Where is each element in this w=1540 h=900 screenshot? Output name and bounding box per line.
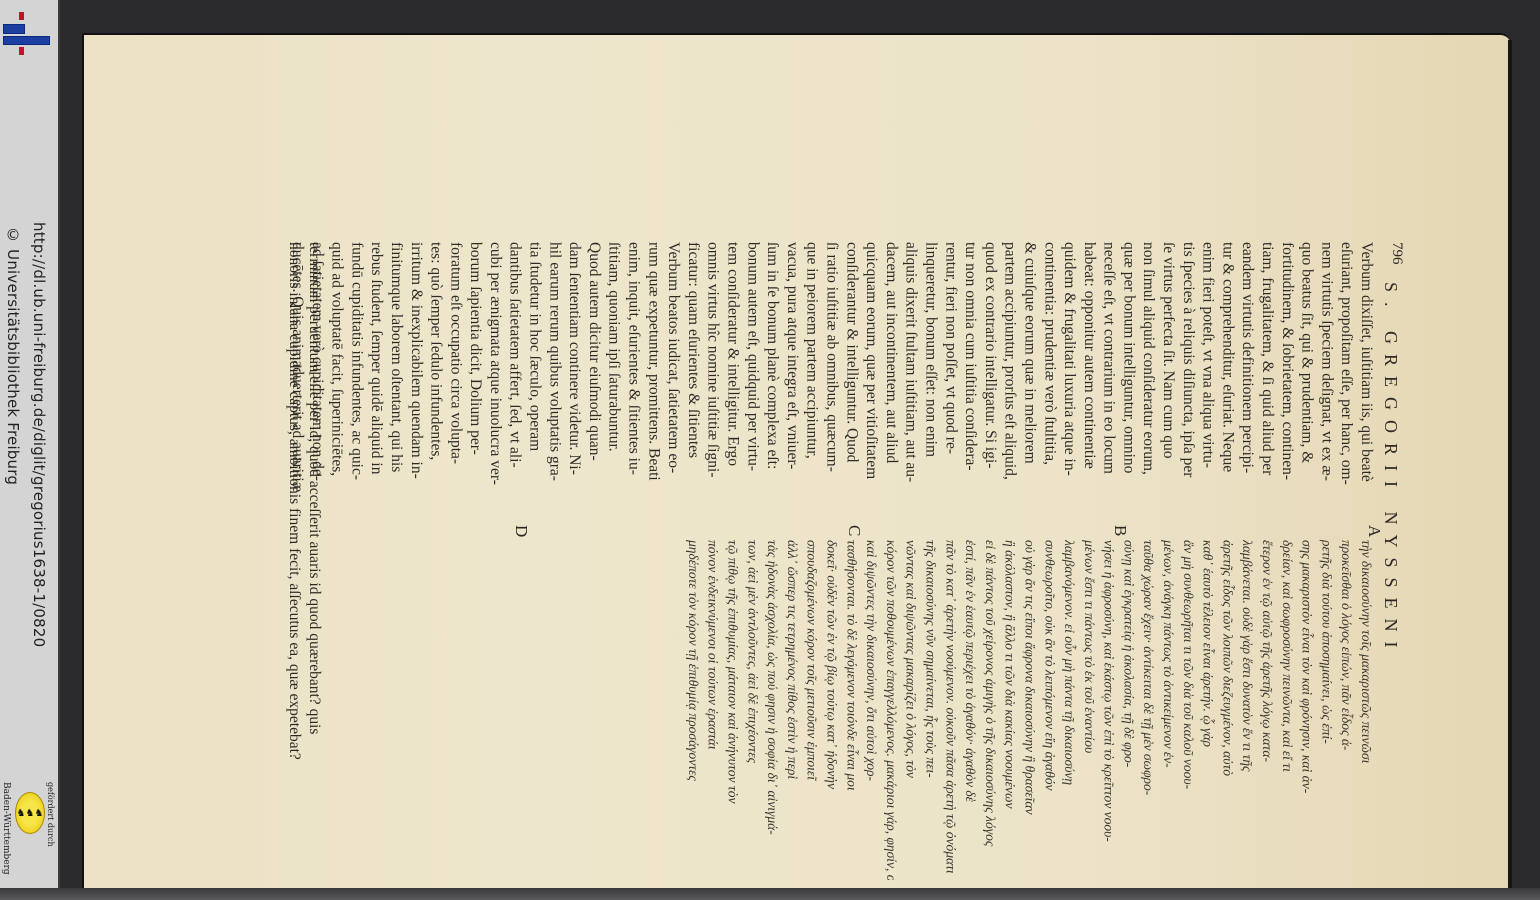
logo-red-mark-top [19,12,24,20]
latin-line: ficatur: quam eſurientes & ſitientes [683,242,703,532]
latin-column: Verbum dixiſſet, iuſtitiam iis, qui beat… [287,242,1376,532]
funder-badge: gefördert durch ♞♞♞ Baden-Württemberg [0,780,60,900]
viewer-sidebar: http://dl.ub.uni-freiburg.de/diglit/greg… [0,0,60,900]
greek-line: τῷ πίθῳ τῆς ἐπιθυμίας, μάταιον καὶ ἀνήνυ… [723,540,743,880]
greek-line: μηδέποτε τὸν κόρον τῇ ἐπιθυμίᾳ προσάγοντ… [683,540,703,880]
margin-letter-b: B [1110,525,1130,536]
latin-line: vacua, pura atque integra eſt, vniuer- [782,242,802,532]
greek-line: σύνῃ καὶ ἐγκρατείᾳ ἡ ἀκολασία, τῇ δὲ φρο… [1119,540,1139,880]
latin-line: quæ per bonum intelliguntur, omnino [1119,242,1139,532]
latin-line: linqueretur, bonum eſſet: non enim [921,242,941,532]
greek-line: ἕτερον ἐν τῷ αὐτῷ τῆς ἀρετῆς λόγῳ κατα- [1257,540,1277,880]
latin-line: dam ſententiam continere videtur. Ni- [564,242,584,532]
latin-line: foratum eſt occupatio circa volupta- [446,242,466,532]
greek-line: τασθήσονται. τὸ δὲ λεγόμενον τοιόνδε εἶν… [841,540,861,880]
latin-line: enim, inquit, eſurientes & ſitientes iu- [624,242,644,532]
latin-line: continentia: prudentiæ verò ſtultitia, [1039,242,1059,532]
latin-line: finitumque laborem oſtentant, qui his [386,242,406,532]
page-bottom-shadow [0,888,1540,900]
logo-blue-bar-long [3,36,50,45]
logo-blue-bar-short [3,24,25,34]
greek-line: ἐστί, πᾶν ἐν ἑαυτῷ περιέχει τὸ ἀγαθόν· ἀ… [960,540,980,880]
latin-line: Verbum beatos iudicat, ſatietatem eo- [663,242,683,532]
latin-line: ſi ratio iuſtitiæ ab omnibus, quæcum- [822,242,842,532]
baden-wuerttemberg-crest-icon: ♞♞♞ [15,792,45,834]
latin-line: ſe virtus perfecta ſit. Nam cum quo [1158,242,1178,532]
latin-line: quo beatus ſit, qui & prudentiam, & [1297,242,1317,532]
latin-line: tur non omnia cum iuſtitia conſidera- [960,242,980,532]
latin-line: irritum & inexplicabilem quendam in- [406,242,426,532]
greek-line: προκεῖσθαι ὁ λόγος εἰπών, πᾶν εἶδος ἀ- [1336,540,1356,880]
latin-line: fortitudinem, & ſobrietatem, continen- [1277,242,1297,532]
permalink-url[interactable]: http://dl.ub.uni-freiburg.de/diglit/greg… [30,222,48,647]
greek-line: ἀλλ᾽ ὥσπερ τις τετρημένος πίθος ἐστὶν ἡ … [782,540,802,880]
greek-line: σπουδαζομένων κόρον τοῖς μετιοῦσιν ἐμποι… [802,540,822,880]
latin-line: fundū cupiditatis infundentes, ac quic- [347,242,367,532]
greek-line: τὴν δικαιοσύνην τοῖς μακαριστῶς πεινῶσι [1356,540,1376,880]
latin-line: non ſimul aliquid conſideratur eorum, [1138,242,1158,532]
greek-line: εἰ δὲ πάντος τοῦ χείρονος ἀμιγὴς ὁ τῆς δ… [980,540,1000,880]
greek-line: πᾶν τὸ κατ᾽ ἀρετὴν νοούμενον. οὐκοῦν πᾶσ… [940,540,960,880]
greek-line: καθ᾽ ἑαυτὸ τέλειον εἶναι ἀρετήν. ᾧ γὰρ [1198,540,1218,880]
margin-letter-c: C [844,525,864,536]
greek-line: νήσει ἡ ἀφροσύνη, καὶ ἑκάστῳ τῶν ἐπὶ τὸ … [1099,540,1119,880]
latin-line: partem accipiuntur, prorſus eſt aliquid, [1000,242,1020,532]
latin-closing-lines: terminum peruentum eſſe per id, quòd acc… [284,242,324,882]
latin-line: honoris inſana cupidine captus, ambition… [284,242,304,882]
latin-line: tia ſtudetur in hoc ſæculo, operam [525,242,545,532]
copyright-notice: © Universitätsbibliothek Freiburg [4,226,22,485]
latin-line: enim fieri poteſt, vt vna aliqua virtu- [1198,242,1218,532]
latin-line: habeat: opponitur autem continentiæ [1079,242,1099,532]
greek-line: μένων, ἀνάγκη πάντως τὸ ἀντικείμενον ἐν- [1158,540,1178,880]
logo-red-mark-bottom [19,47,24,55]
greek-line: ἀρετῆς εἶδος τῶν λοιπῶν διεζευγμένον, αὐ… [1218,540,1238,880]
greek-line: τῆς δικαιοσύνης νῦν σημαίνεται, ἧς τοὺς … [921,540,941,880]
running-title: S. GREGORII NYSSENI [1374,282,1408,658]
greek-line: δοκεῖ· οὐδὲν τῶν ἐν τῷ βίῳ τούτῳ κατ᾽ ἡδ… [822,540,842,880]
latin-line: quicquam eorum, quæ per vitioſitatem [861,242,881,532]
latin-line: conſiderantur & intelliguntur. Quod [841,242,861,532]
latin-line: Quod autem dicitur eiuſmodi quan- [584,242,604,532]
greek-line: ἂν μὴ συνθεωρῆται τι τῶν διὰ τοῦ καλοῦ ν… [1178,540,1198,880]
greek-line: τὰς ἡδονὰς ἀσχολία, ὡς πού φησιν ἡ σοφία… [762,540,782,880]
latin-line: neceſſe eſt, vt contrarium in eo locum [1099,242,1119,532]
latin-line: eſuriant, propoſitam eſſe, per hanc, om- [1336,242,1356,532]
latin-line: ſum in ſe bonum planè complexa eſt: [762,242,782,532]
latin-line: nem virtutis ſpeciem deſignat, vt ex æ- [1317,242,1337,532]
greek-line: ρετῆς διὰ τούτου ἀποσημαίνει, ὡς ἐπί- [1317,540,1337,880]
page-content: 796 S. GREGORII NYSSENI Verbum dixiſſet,… [284,242,1414,882]
greek-line: πόνον ἐνδεικνύμενοι οἱ τούτων ἐραστάι [703,540,723,880]
funder-label: gefördert durch [46,782,55,847]
latin-line: cubi per ænigmata atque inuolucra ver- [485,242,505,532]
ub-freiburg-logo[interactable] [0,0,60,60]
latin-line: que in peiorem partem accipiuntur, [802,242,822,532]
latin-line: omnis virtus hîc nomine iuſtitiæ ſigni- [703,242,723,532]
latin-line: aliquis dixerit ſtultam iuſtitiam, aut a… [901,242,921,532]
greek-line: σης μακαριστὸν εἶναι τὸν καὶ φρόνησιν, κ… [1297,540,1317,880]
greek-line: μένων ἔστι τι πάντως τὸ ἐκ τοῦ ἐναντίου [1079,540,1099,880]
greek-line: καὶ διψῶντες τὴν δικαιοσύνην, ὅτι αὐτοὶ … [861,540,881,880]
latin-line: quod ex contrario intelligatur. Si igi- [980,242,1000,532]
page-number: 796 [1372,242,1414,265]
latin-line: quidem & frugalitati luxuria atque in- [1059,242,1079,532]
latin-line: eandem virtutis definitionem percipi- [1237,242,1257,532]
greek-line: λαμβανόμενον. εἰ οὖν μὴ πάντα τῇ δικαιοσ… [1059,540,1079,880]
latin-line: borum ſapientia dicit, Dolium per- [465,242,485,532]
greek-line: ἢ ἀκόλαστον, ἢ ἄλλο τι τῶν διὰ κακίας νο… [1000,540,1020,880]
greek-line: δρείαν, καὶ σωφροσύνην πεινῶντα, καὶ εἴ … [1277,540,1297,880]
latin-line: tur & comprehenditur, eſuriat. Neque [1218,242,1238,532]
greek-line: κόρον τῶν ποθουμένων ἐπαγγελλόμενος. μακ… [881,540,901,880]
latin-line: hil earum rerum quibus voluptatis gra- [545,242,565,532]
latin-line: rentur, fieri non poſſet, vt quod re- [940,242,960,532]
margin-letter-a: A [1364,525,1384,537]
latin-line: bonum autem eſt, quidquid per virtu- [743,242,763,532]
latin-line: rum quæ expetuntur, promittens. Beati [644,242,664,532]
latin-line: ſtitiam, quoniam ipſi ſaturabuntur. [604,242,624,532]
greek-line: των, ἀεὶ μὲν ἀντλοῦντες, ἀεὶ δὲ ἐπιχέοντ… [743,540,763,880]
latin-line: Verbum dixiſſet, iuſtitiam iis, qui beat… [1356,242,1376,532]
latin-line: & cuiuſque eorum quæ in meliorem [1020,242,1040,532]
funder-state: Baden-Württemberg [1,782,11,875]
greek-line: συνθεωροῖτο, οὐκ ἂν τὸ λειπόμενον εἴη ἀγ… [1039,540,1059,880]
latin-line: quid ad voluptatē facit, ſuperiniciētes, [327,242,347,532]
latin-line: terminum peruentum eſſe per id, quòd acc… [304,242,324,882]
greek-line: λαμβάνεται. οὐδὲ γὰρ ἔστι δυνατὸν ἕν τι … [1237,540,1257,880]
greek-line: νῶντας καὶ διψῶντας μακαρίζει ὁ λόγος, τ… [901,540,921,880]
latin-line: tiam, frugalitatem, & ſi quid aliud per [1257,242,1277,532]
greek-column: τὴν δικαιοσύνην τοῖς μακαριστῶς πεινῶσι … [683,540,1376,880]
latin-line: rebus ſtudent, ſemper quidē aliquid in [366,242,386,532]
page-edge [1508,40,1512,890]
latin-line: dacem, aut incontinentem, aut aliud [881,242,901,532]
latin-line: tis ſpecies à reliquis diſiuncta, ipſa p… [1178,242,1198,532]
greek-line: οὐ γὰρ ἄν τις εἴποι ἄφρονα δικαιοσύνην ἢ… [1020,540,1040,880]
latin-line: tes: quò ſemper ſedulo infundentes, [426,242,446,532]
greek-line: ταῦθα χώραν ἔχειν· ἀντίκειται δὲ τῇ μὲν … [1138,540,1158,880]
latin-line: tem conſideratur & intelligitur. Ergo [723,242,743,532]
margin-letter-d: D [511,525,531,537]
latin-line: dantibus ſatietatem affert, ſed, vt ali- [505,242,525,532]
